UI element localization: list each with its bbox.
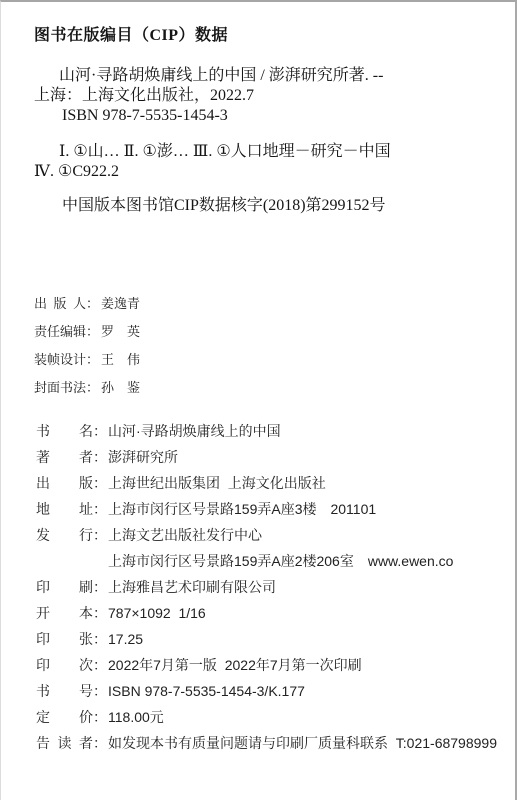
cip-registry-line: 中国版本图书馆CIP数据核字(2018)第299152号 — [62, 196, 386, 216]
colophon-row-printer: 印刷：上海雅昌艺术印刷有限公司 — [36, 574, 497, 600]
colophon-row-label: 发行 — [36, 522, 93, 548]
colon-separator: ： — [93, 574, 105, 600]
staff-row: 封面书法：孙 鉴 — [34, 374, 140, 402]
colophon-row-format: 开本：787×1092 1/16 — [36, 600, 497, 626]
staff-row-label: 出版人 — [34, 290, 86, 318]
colophon-row-value: 山河·寻路胡焕庸线上的中国 — [108, 418, 281, 444]
staff-row-value: 王 伟 — [101, 346, 140, 374]
colon-separator: ： — [86, 318, 98, 346]
cip-heading: 图书在版编目（CIP）数据 — [34, 26, 228, 46]
colophon-row-label: 印张 — [36, 626, 93, 652]
staff-row-label: 封面书法 — [34, 374, 86, 402]
colophon-row-price: 定价：118.00元 — [36, 704, 497, 730]
cip-record-line-isbn: ISBN 978-7-5535-1454-3 — [34, 106, 383, 126]
colon-separator: ： — [93, 600, 105, 626]
colon-separator: ： — [93, 652, 105, 678]
colophon-row-label: 著者 — [36, 444, 93, 470]
staff-row-label: 装帧设计 — [34, 346, 86, 374]
colon-separator: ： — [86, 374, 98, 402]
cip-record-line-title: 山河·寻路胡焕庸线上的中国 / 澎湃研究所著. -- — [34, 66, 383, 86]
cip-record-block: 山河·寻路胡焕庸线上的中国 / 澎湃研究所著. -- 上海：上海文化出版社，20… — [34, 66, 383, 126]
book-copyright-page: 图书在版编目（CIP）数据 山河·寻路胡焕庸线上的中国 / 澎湃研究所著. --… — [0, 0, 517, 800]
colophon-row-value: 上海世纪出版集团 上海文化出版社 — [108, 470, 326, 496]
colophon-row-value: 上海雅昌艺术印刷有限公司 — [108, 574, 276, 600]
colophon-row-isbn: 书号：ISBN 978-7-5535-1454-3/K.177 — [36, 678, 497, 704]
colophon-row-label: 书号 — [36, 678, 93, 704]
colophon-row-value: 2022年7月第一版 2022年7月第一次印刷 — [108, 652, 362, 678]
colophon-row-label: 出版 — [36, 470, 93, 496]
colon-separator: ： — [93, 470, 105, 496]
colophon-row-value: 如发现本书有质量问题请与印刷厂质量科联系 T:021-68798999 — [108, 730, 497, 756]
colon-separator: ： — [86, 290, 98, 318]
publication-details-block: 书名：山河·寻路胡焕庸线上的中国 著者：澎湃研究所 出版：上海世纪出版集团 上海… — [36, 418, 497, 756]
staff-row: 出版人：姜逸青 — [34, 290, 140, 318]
colophon-row-label: 告读者 — [36, 730, 93, 756]
colophon-row-edition: 印次：2022年7月第一版 2022年7月第一次印刷 — [36, 652, 497, 678]
staff-row-value: 姜逸青 — [101, 290, 140, 318]
staff-row: 责任编辑：罗 英 — [34, 318, 140, 346]
colon-separator: ： — [93, 626, 105, 652]
colophon-row-value: 上海市闵行区号景路159弄A座3楼 201101 — [108, 496, 376, 522]
cip-class-line-1: Ⅰ. ①山… Ⅱ. ①澎… Ⅲ. ①人口地理－研究－中国 — [34, 142, 391, 162]
colophon-row-value: ISBN 978-7-5535-1454-3/K.177 — [108, 678, 305, 704]
colophon-row-distributor: 发行：上海文艺出版社发行中心 — [36, 522, 497, 548]
colophon-row-author: 著者：澎湃研究所 — [36, 444, 497, 470]
colophon-row-publisher: 出版：上海世纪出版集团 上海文化出版社 — [36, 470, 497, 496]
colophon-row-label: 地址 — [36, 496, 93, 522]
staff-row-label: 责任编辑 — [34, 318, 86, 346]
cip-class-line-2: Ⅳ. ①C922.2 — [34, 162, 391, 182]
colophon-row-distributor-address: 上海市闵行区号景路159弄A座2楼206室 www.ewen.co — [36, 548, 497, 574]
staff-row-value: 孙 鉴 — [101, 374, 140, 402]
colon-separator: ： — [93, 522, 105, 548]
colophon-row-value: 118.00元 — [108, 704, 164, 730]
colophon-row-label: 书名 — [36, 418, 93, 444]
colon-separator: ： — [86, 346, 98, 374]
colophon-row-address: 地址：上海市闵行区号景路159弄A座3楼 201101 — [36, 496, 497, 522]
colophon-row-value: 上海文艺出版社发行中心 — [108, 522, 262, 548]
colon-separator: ： — [93, 496, 105, 522]
staff-row: 装帧设计：王 伟 — [34, 346, 140, 374]
colon-separator: ： — [93, 704, 105, 730]
colon-separator: ： — [93, 418, 105, 444]
colon-separator: ： — [93, 678, 105, 704]
colophon-row-label: 印次 — [36, 652, 93, 678]
colophon-row-title: 书名：山河·寻路胡焕庸线上的中国 — [36, 418, 497, 444]
staff-credits-block: 出版人：姜逸青 责任编辑：罗 英 装帧设计：王 伟 封面书法：孙 鉴 — [34, 290, 140, 402]
cip-record-line-publisher: 上海：上海文化出版社，2022.7 — [34, 86, 383, 106]
colophon-row-label: 定价 — [36, 704, 93, 730]
colophon-row-value: 澎湃研究所 — [108, 444, 178, 470]
colophon-row-reader-notice: 告读者：如发现本书有质量问题请与印刷厂质量科联系 T:021-68798999 — [36, 730, 497, 756]
cip-classification-block: Ⅰ. ①山… Ⅱ. ①澎… Ⅲ. ①人口地理－研究－中国 Ⅳ. ①C922.2 — [34, 142, 391, 182]
staff-row-value: 罗 英 — [101, 318, 140, 346]
colophon-row-value: 17.25 — [108, 626, 143, 652]
colophon-row-value: 787×1092 1/16 — [108, 600, 206, 626]
colon-separator: ： — [93, 444, 105, 470]
colophon-row-value: 上海市闵行区号景路159弄A座2楼206室 www.ewen.co — [108, 548, 453, 574]
colophon-row-sheets: 印张：17.25 — [36, 626, 497, 652]
colophon-row-label: 印刷 — [36, 574, 93, 600]
colon-separator: ： — [93, 730, 105, 756]
colophon-row-label: 开本 — [36, 600, 93, 626]
